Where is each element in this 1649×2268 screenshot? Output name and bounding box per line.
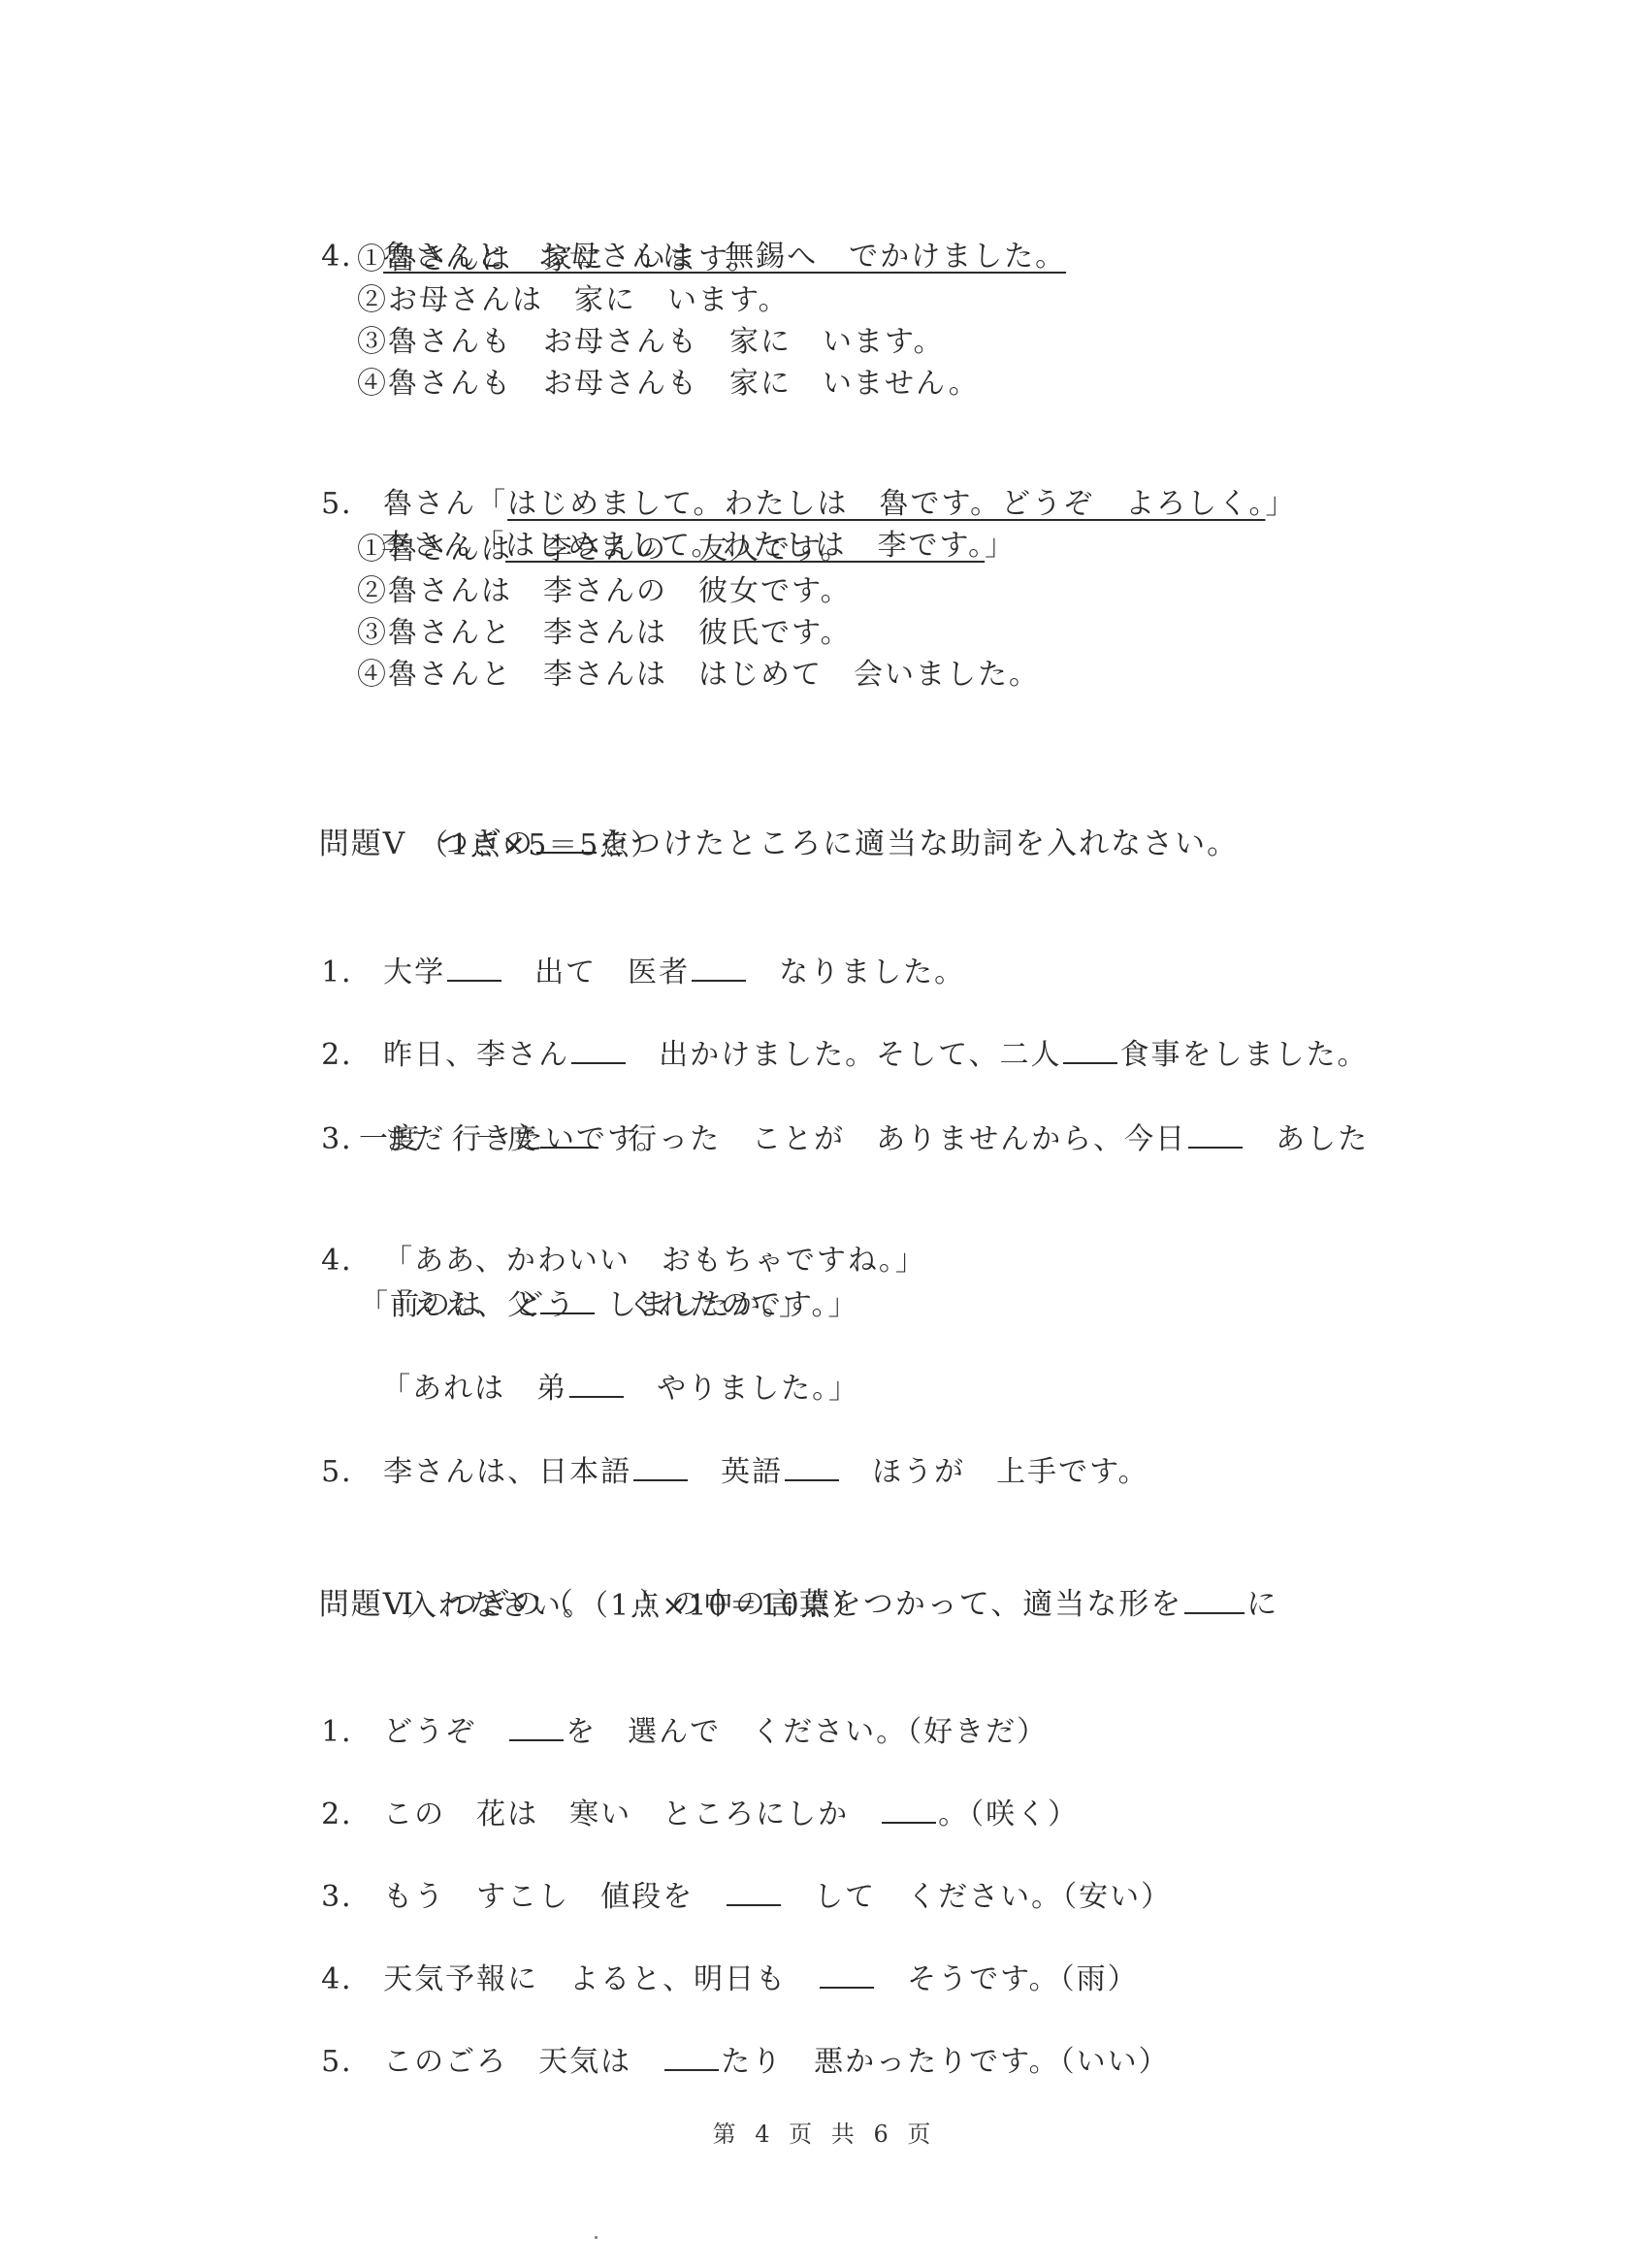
- question-number: 2．: [321, 1036, 383, 1075]
- title-text: に: [1246, 1587, 1278, 1622]
- answer-blank[interactable]: [820, 1958, 874, 1989]
- s5-q5: 5．李さんは、日本語 英語 ほうが 上手です。: [299, 1411, 1149, 1492]
- close-quote: 」: [1265, 487, 1296, 521]
- s5-q4-line3: 「前のは どう しましたか。」: [359, 1286, 810, 1325]
- answer-blank[interactable]: [785, 1450, 839, 1481]
- text: なりました。: [748, 956, 965, 989]
- text: 「あれは 弟: [381, 1372, 567, 1406]
- q4-option-4: ④魯さんも お母さんも 家に いません。: [357, 365, 980, 404]
- title-text: をつけたところに適当な助詞を入れなさい。: [598, 826, 1239, 861]
- text: 出て 医者: [503, 956, 690, 989]
- answer-blank[interactable]: [633, 1450, 688, 1481]
- page-number-footer: 第 4 页 共 6 页: [0, 2115, 1649, 2149]
- q5-option-1: ①魯さんは 李さんの 友人です。: [357, 531, 852, 569]
- q5-option-2: ②魯さんは 李さんの 彼女です。: [357, 572, 852, 611]
- text: この 花は 寒い ところにしか: [383, 1798, 880, 1831]
- text: して ください。（安い）: [783, 1880, 1172, 1914]
- text: たり 悪かったりです。（いい）: [721, 2045, 1170, 2079]
- q4-option-1: ①魯さんは 家に います。: [357, 241, 759, 279]
- answer-blank[interactable]: [1063, 1033, 1117, 1064]
- answer-blank[interactable]: [509, 1710, 564, 1741]
- text: 出かけました。そして、二人: [628, 1038, 1061, 1072]
- s6-q5: 5．このごろ 天気は たり 悪かったりです。（いい）: [299, 2001, 1170, 2082]
- text: 大学: [383, 956, 445, 989]
- text: どうぞ: [383, 1715, 507, 1749]
- question-number: 2．: [321, 1796, 383, 1834]
- answer-blank[interactable]: [727, 1875, 781, 1906]
- text: 。（咲く）: [938, 1798, 1079, 1831]
- section-5-points: （1点×5＝5点）: [419, 826, 662, 865]
- s6-q4: 4．天気予報に よると、明日も そうです。（雨）: [299, 1919, 1139, 1999]
- scan-speck: [595, 2236, 598, 2239]
- q4-option-3: ③魯さんも お母さんも 家に います。: [357, 323, 945, 362]
- text: 李さんは、日本語: [383, 1455, 631, 1489]
- s6-q1: 1．どうぞ を 選んで ください。（好きだ）: [299, 1671, 1048, 1752]
- question-number: 5．: [321, 1453, 383, 1492]
- text: 食事をしました。: [1119, 1038, 1368, 1072]
- answer-blank[interactable]: [447, 951, 501, 982]
- answer-blank[interactable]: [692, 951, 746, 982]
- question-number: 4．: [321, 1960, 383, 1999]
- close-quote: 」: [985, 529, 1016, 563]
- text: あした: [1245, 1122, 1369, 1156]
- text: 昨日、李さん: [383, 1038, 569, 1072]
- text: 英語: [690, 1455, 783, 1489]
- q5-option-4: ④魯さんと 李さんは はじめて 会いました。: [357, 656, 1040, 695]
- answer-blank[interactable]: [882, 1793, 936, 1824]
- answer-blank[interactable]: [571, 1033, 626, 1064]
- s6-q2: 2．この 花は 寒い ところにしか 。（咲く）: [299, 1754, 1079, 1834]
- text: もう すこし 値段を: [383, 1880, 725, 1914]
- s5-q4-line4: 「あれは 弟 やりました。」: [359, 1328, 859, 1409]
- text: このごろ 天気は: [383, 2045, 663, 2079]
- question-number: 5．: [321, 2043, 383, 2082]
- s5-q1: 1．大学 出て 医者 なりました。: [299, 912, 965, 992]
- text: 行った ことが ありませんから、今日: [597, 1122, 1186, 1156]
- section-6-title-line2: 入れなさい。（1点×10＝10点）: [407, 1587, 863, 1626]
- answer-blank[interactable]: [569, 1367, 624, 1398]
- text: を 選んで ください。（好きだ）: [566, 1715, 1048, 1749]
- text: ほうが 上手です。: [841, 1455, 1149, 1489]
- q4-option-2: ②お母さんは 家に います。: [357, 281, 790, 320]
- text: やりました。」: [626, 1372, 859, 1406]
- s5-q2: 2．昨日、李さん 出かけました。そして、二人食事をしました。: [299, 994, 1368, 1075]
- q5-option-3: ③魯さんと 李さんは 彼氏です。: [357, 614, 852, 653]
- answer-blank[interactable]: [664, 2040, 719, 2071]
- blank-marker: [1184, 1583, 1245, 1614]
- text: そうです。（雨）: [876, 1962, 1139, 1996]
- s6-q3: 3．もう すこし 値段を して ください。（安い）: [299, 1836, 1172, 1917]
- question-number: 1．: [321, 1713, 383, 1752]
- s5-q3-line2: 一度 行きたいです。: [359, 1120, 667, 1159]
- question-number: 1．: [321, 954, 383, 992]
- question-number: 3．: [321, 1878, 383, 1917]
- answer-blank[interactable]: [1188, 1118, 1243, 1149]
- text: 天気予報に よると、明日も: [383, 1962, 818, 1996]
